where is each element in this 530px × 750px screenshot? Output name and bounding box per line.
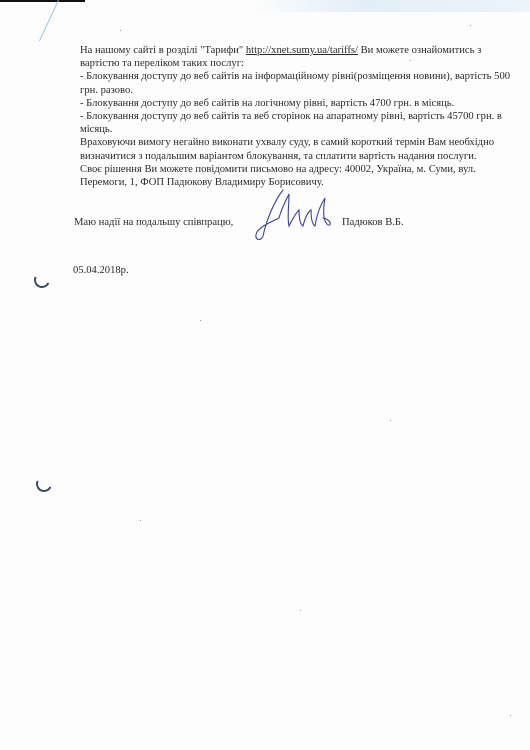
punch-hole-icon [32,270,53,291]
letter-body: На нашому сайті в розділі "Тарифи" http:… [74,44,514,189]
tariffs-link[interactable]: http://xnet.sumy.ua/tariffs/ [246,45,358,56]
closing-text: Маю надії на подальшу співпрацю, [74,217,233,228]
punch-hole-icon [34,474,55,495]
service-item: - Блокування доступу до веб сайтів на ін… [74,70,514,96]
paragraph-court-order: Враховуючи вимогу негайно виконати ухвал… [74,136,514,162]
signature-icon [245,188,335,243]
paragraph-tariffs: На нашому сайті в розділі "Тарифи" http:… [74,44,514,70]
letter-date: 05.04.2018р. [73,265,129,276]
service-item: - Блокування доступу до веб сайтів на ло… [74,97,514,110]
scan-edge [0,0,85,2]
fold-line [39,0,59,41]
signer-name: Падюков В.Б. [342,217,404,228]
service-item: - Блокування доступу до веб сайтів та ве… [74,110,514,136]
paragraph-address: Своє рішення Ви можете повідомити письмо… [74,163,514,189]
scan-tint [250,0,530,12]
